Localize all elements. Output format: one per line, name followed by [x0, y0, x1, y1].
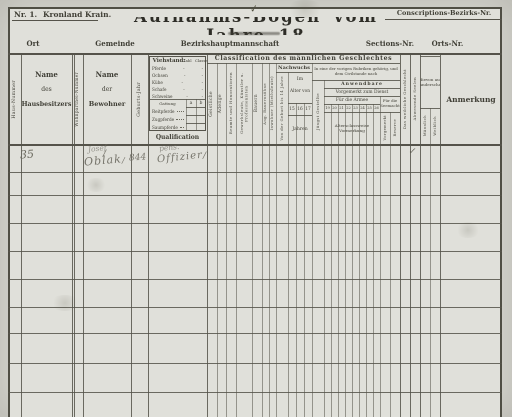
grid-line [324, 104, 380, 105]
grid-line [8, 195, 502, 196]
grid-line [345, 104, 346, 417]
grid-line [324, 88, 400, 89]
table-grid [0, 0, 512, 417]
grid-line [390, 112, 391, 417]
grid-line [8, 363, 502, 364]
grid-line [288, 72, 289, 417]
grid-line [8, 223, 502, 224]
scanned-census-sheet: Nr. 1. Kronland Krain. Conscriptions-Bez… [0, 0, 512, 417]
grid-line [331, 104, 332, 417]
grid-line [288, 103, 312, 104]
grid-line [276, 72, 312, 73]
grid-line [373, 104, 374, 417]
grid-line [352, 104, 353, 417]
grid-line [207, 63, 400, 64]
grid-line [8, 172, 502, 173]
grid-line [186, 115, 206, 116]
grid-line [420, 108, 440, 109]
grid-line [324, 112, 400, 113]
grid-line [324, 80, 325, 417]
pen-slash: ∕ [203, 151, 206, 161]
grid-line [366, 104, 367, 417]
grid-line [149, 99, 206, 100]
grid-line [8, 279, 502, 280]
grid-line [288, 115, 312, 116]
grid-line [324, 96, 400, 97]
grid-line [186, 107, 206, 108]
grid-line [8, 392, 502, 393]
grid-line [420, 56, 440, 57]
grid-line [430, 108, 431, 417]
grid-line [380, 96, 381, 417]
grid-line [304, 103, 305, 417]
grid-line [8, 251, 502, 252]
grid-line [312, 80, 400, 81]
handwriting-birth-year: 844 [129, 152, 147, 163]
grid-line [296, 103, 297, 417]
pen-checkmark: ✓ [408, 147, 416, 157]
pen-slash: ∕ [122, 156, 125, 165]
grid-line [338, 104, 339, 417]
grid-line [8, 307, 502, 308]
grid-line [359, 104, 360, 417]
grid-line [186, 123, 206, 124]
handwriting-house-number: 35 [20, 148, 35, 162]
grid-line [8, 333, 502, 334]
